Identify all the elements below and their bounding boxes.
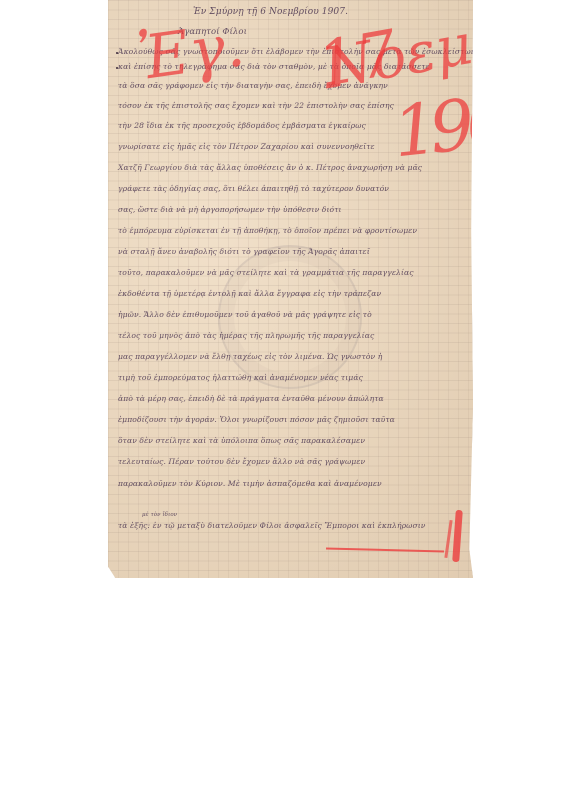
red-annotation-received: Ἐγ.	[134, 15, 247, 89]
letter-line: γνωρίσατε εἰς ἡμᾶς εἰς τὸν Πέτρον Ζαχαρί…	[118, 142, 375, 151]
letter-line: Χατζῆ Γεωργίου διὰ τὰς ἄλλας ὑποθέσεις ἂ…	[118, 163, 422, 172]
letter-line: τελευταίως. Πέραν τούτου δὲν ἔχομεν ἄλλο…	[118, 457, 365, 466]
red-annotation-year: 1907	[390, 83, 543, 168]
letter-line: τὸ ἐμπόρευμα εὑρίσκεται ἐν τῇ ἀποθήκῃ, τ…	[118, 226, 417, 235]
letter-line: τὴν 28 ἴδια ἐκ τῆς προσεχοῦς ἑβδομάδος ἐ…	[118, 121, 366, 130]
letter-line: νὰ σταλῇ ἄνευ ἀναβολῆς διότι τὸ γραφεῖον…	[118, 247, 370, 256]
letter-line: τὰ ἑξῆς: ἐν τῷ μεταξὺ διατελοῦμεν Φίλοι …	[118, 521, 426, 530]
letter-line: τιμὴ τοῦ ἐμπορεύματος ἠλαττώθη καὶ ἀναμέ…	[118, 373, 363, 382]
letter-line: ἐκδοθέντα τῇ ὑμετέρᾳ ἐντολῇ καὶ ἄλλα ἔγγ…	[118, 289, 381, 298]
red-underline-mark	[326, 547, 444, 552]
letter-line: σας, ὥστε διὰ νὰ μὴ ἀργοπορήσωμεν τὴν ὑπ…	[118, 205, 342, 214]
letter-line: ἡμῶν. Ἄλλο δὲν ἐπιθυμοῦμεν τοῦ ἀγαθοῦ νὰ…	[118, 310, 372, 319]
letter-line: παρακαλοῦμεν τὸν Κύριον. Μὲ τιμὴν ἀσπαζό…	[118, 479, 382, 488]
letter-line: ὅταν δὲν στείλητε καὶ τὰ ὑπόλοιπα ὅπως σ…	[118, 436, 365, 445]
letter-line: τοῦτο, παρακαλοῦμεν νὰ μᾶς στείλητε καὶ …	[118, 268, 414, 277]
letter-line: τέλος τοῦ μηνὸς ἀπὸ τὰς ἡμέρας τῆς πληρω…	[118, 331, 374, 340]
letter-line: ἀπὸ τὰ μέρη σας, ἐπειδὴ δὲ τὰ πράγματα ἐ…	[118, 394, 384, 403]
letter-page: Ἐν Σμύρνῃ τῇ 6 Νοεμβρίου 1907. Ἀγαπητοί …	[108, 0, 473, 578]
red-margin-mark	[452, 510, 463, 562]
interlinear-note: μὲ τὸν ἴδιον	[142, 512, 177, 518]
letter-line: ἐμποδίζουσι τὴν ἀγοράν. Ὅλοι γνωρίζουσι …	[118, 415, 395, 424]
red-margin-mark-secondary	[444, 520, 452, 558]
letter-line: μας παραγγέλλομεν νὰ ἔλθῃ ταχέως εἰς τὸν…	[118, 352, 382, 361]
letter-line: γράφετε τὰς ὁδηγίας σας, ὅτι θέλει ἀπαιτ…	[118, 184, 389, 193]
letter-line: τόσον ἐκ τῆς ἐπιστολῆς σας ἔχομεν καὶ τὴ…	[118, 101, 394, 110]
